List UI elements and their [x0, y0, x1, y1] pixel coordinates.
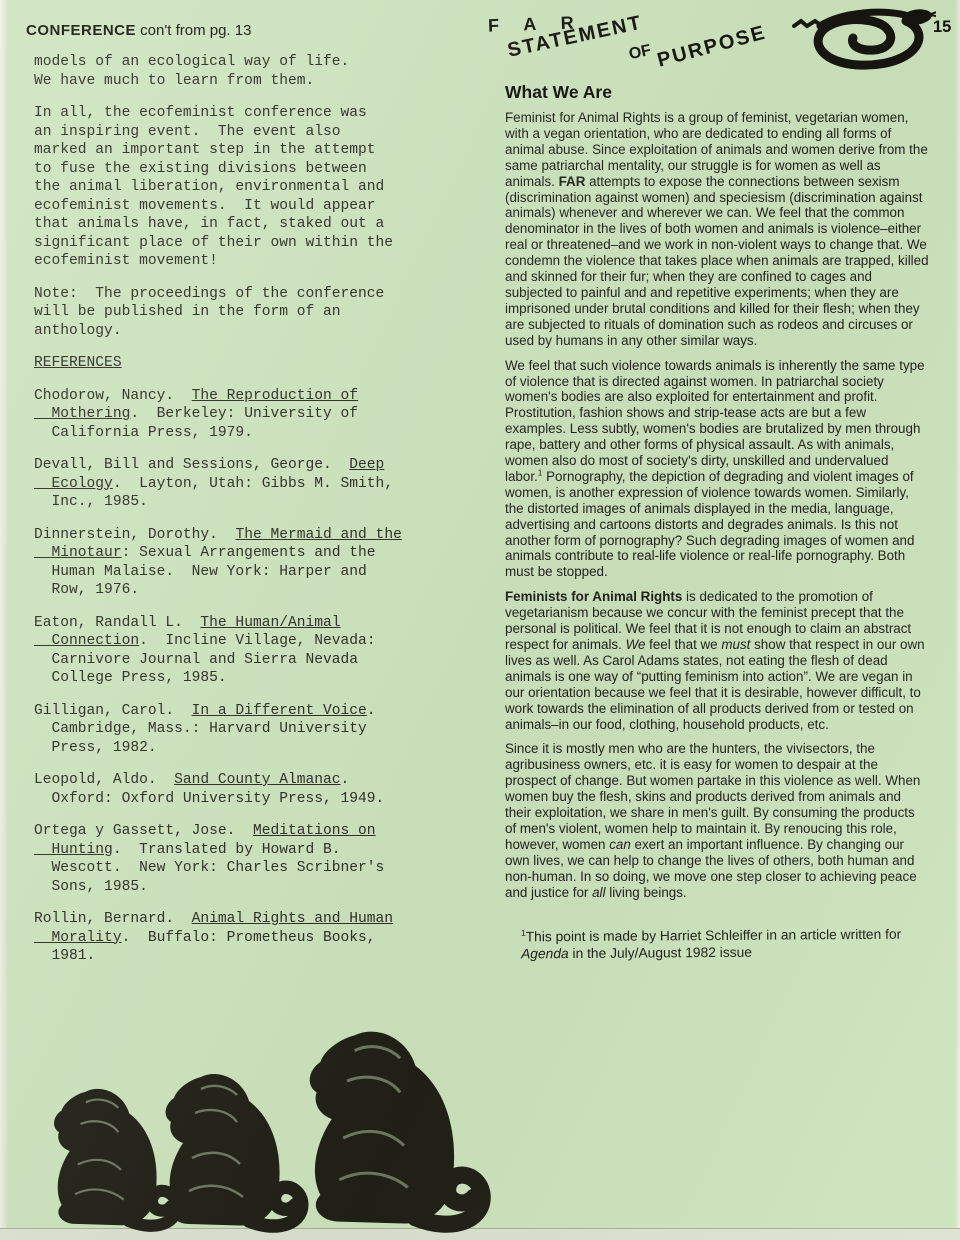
statement-paragraph: Feminist for Animal Rights is a group of…	[505, 110, 929, 349]
reference-entry: Chodorow, Nancy. The Reproduction of Mot…	[34, 387, 470, 443]
references-heading: REFERENCES	[34, 354, 470, 373]
conference-header-rest: con't from pg. 13	[136, 22, 251, 39]
left-column: CONFERENCE con't from pg. 13 models of a…	[26, 22, 478, 980]
reference-entry: Rollin, Bernard. Animal Rights and Human…	[34, 910, 470, 966]
article-paragraph: models of an ecological way of life. We …	[34, 53, 470, 90]
reference-entry: Gilligan, Carol. In a Different Voice. C…	[34, 702, 470, 758]
masthead-purpose: PURPOSE	[655, 21, 769, 72]
reference-entry: Ortega y Gassett, Jose. Meditations on H…	[34, 822, 470, 896]
article-paragraph: In all, the ecofeminist conference was a…	[34, 104, 470, 271]
continued-article-header: CONFERENCE con't from pg. 13	[26, 22, 478, 39]
conference-header-bold: CONFERENCE	[26, 22, 136, 39]
statement-paragraph: Feminists for Animal Rights is dedicated…	[505, 589, 929, 732]
scanned-newsletter-page: F A R STATEMENT OF PURPOSE 15 CONFERENCE…	[0, 0, 960, 1240]
statement-paragraph: We feel that such violence towards anima…	[505, 358, 929, 581]
footnote: 1This point is made by Harriet Schleiffe…	[505, 925, 929, 962]
page-edge-right	[955, 0, 960, 1240]
article-paragraph: Note: The proceedings of the conference …	[34, 285, 470, 341]
monkeys-illustration	[35, 985, 505, 1235]
reference-entry: Dinnerstein, Dorothy. The Mermaid and th…	[34, 526, 470, 600]
page-edge-left	[0, 0, 7, 1240]
right-column: What We Are Feminist for Animal Rights i…	[505, 82, 929, 961]
statement-paragraph: Since it is mostly men who are the hunte…	[505, 741, 929, 900]
reference-entry: Leopold, Aldo. Sand County Almanac. Oxfo…	[34, 771, 470, 808]
section-heading: What We Are	[505, 82, 929, 103]
reference-entry: Devall, Bill and Sessions, George. Deep …	[34, 456, 470, 512]
reference-entry: Eaton, Randall L. The Human/Animal Conne…	[34, 614, 470, 688]
masthead-of: OF	[627, 42, 652, 64]
snake-illustration	[786, 2, 936, 84]
